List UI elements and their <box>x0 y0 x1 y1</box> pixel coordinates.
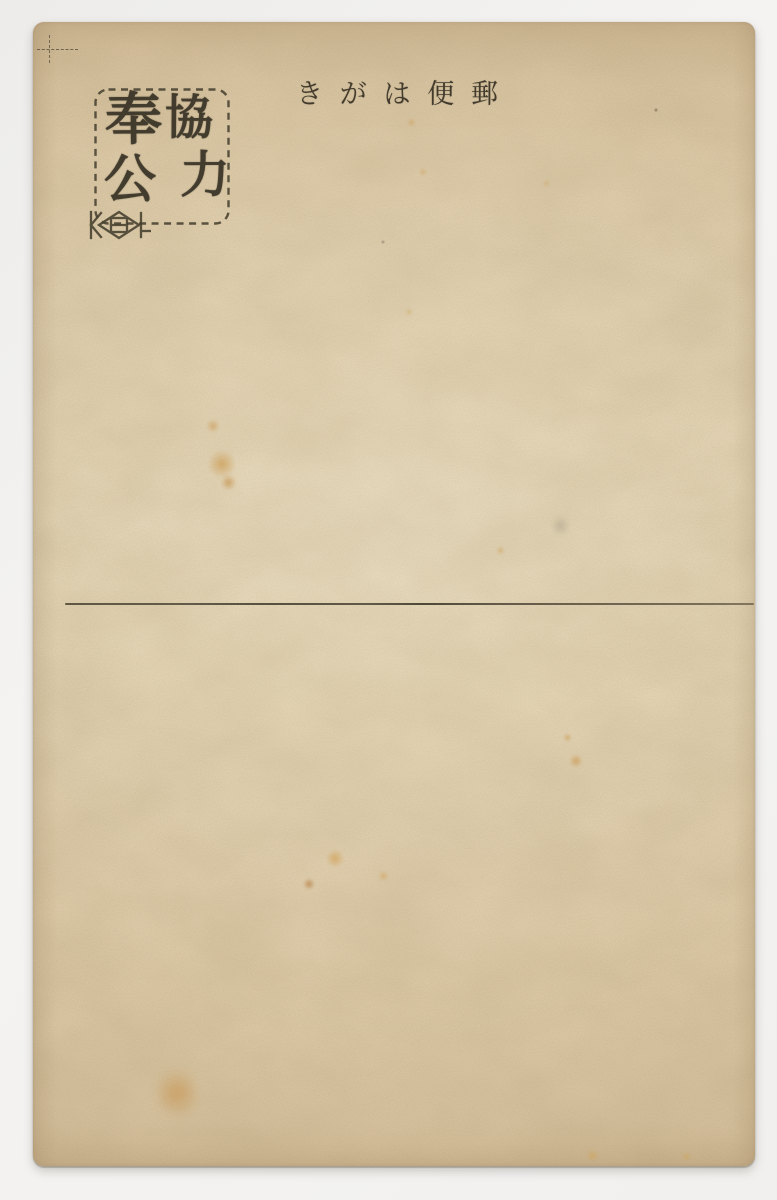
stain <box>407 118 416 127</box>
stain <box>303 878 315 890</box>
fleck <box>654 108 658 112</box>
postcard: きがは便郵 奉 協 公 力 <box>33 22 755 1166</box>
stain <box>405 308 413 316</box>
stamp-char-top-right: 協 <box>165 94 213 142</box>
stain <box>496 546 505 555</box>
crop-mark-vertical <box>49 35 50 63</box>
stain <box>325 850 345 867</box>
diamond-boxed-h-trademark-icon <box>87 208 151 242</box>
address-divider-line <box>65 603 754 605</box>
scan-backdrop: きがは便郵 奉 協 公 力 <box>0 0 777 1200</box>
stain <box>569 754 583 768</box>
stain <box>563 733 572 742</box>
stain <box>221 474 236 491</box>
stain <box>585 1150 600 1161</box>
stamp-char-top-left: 奉 <box>105 92 163 150</box>
stamp-box: 奉 協 公 力 <box>94 88 230 225</box>
stain <box>378 871 389 881</box>
stain <box>209 448 235 480</box>
crop-mark-horizontal <box>37 49 78 50</box>
stamp-char-bottom-right: 力 <box>180 150 230 200</box>
stain <box>419 168 427 176</box>
stain <box>205 420 221 432</box>
stain <box>681 1152 692 1161</box>
fleck <box>381 240 385 244</box>
stain <box>543 180 550 187</box>
stain <box>157 1064 197 1122</box>
stamp-char-bottom-left: 公 <box>104 154 156 206</box>
postcard-header-text: きがは便郵 <box>296 79 515 111</box>
smudge <box>553 514 568 538</box>
